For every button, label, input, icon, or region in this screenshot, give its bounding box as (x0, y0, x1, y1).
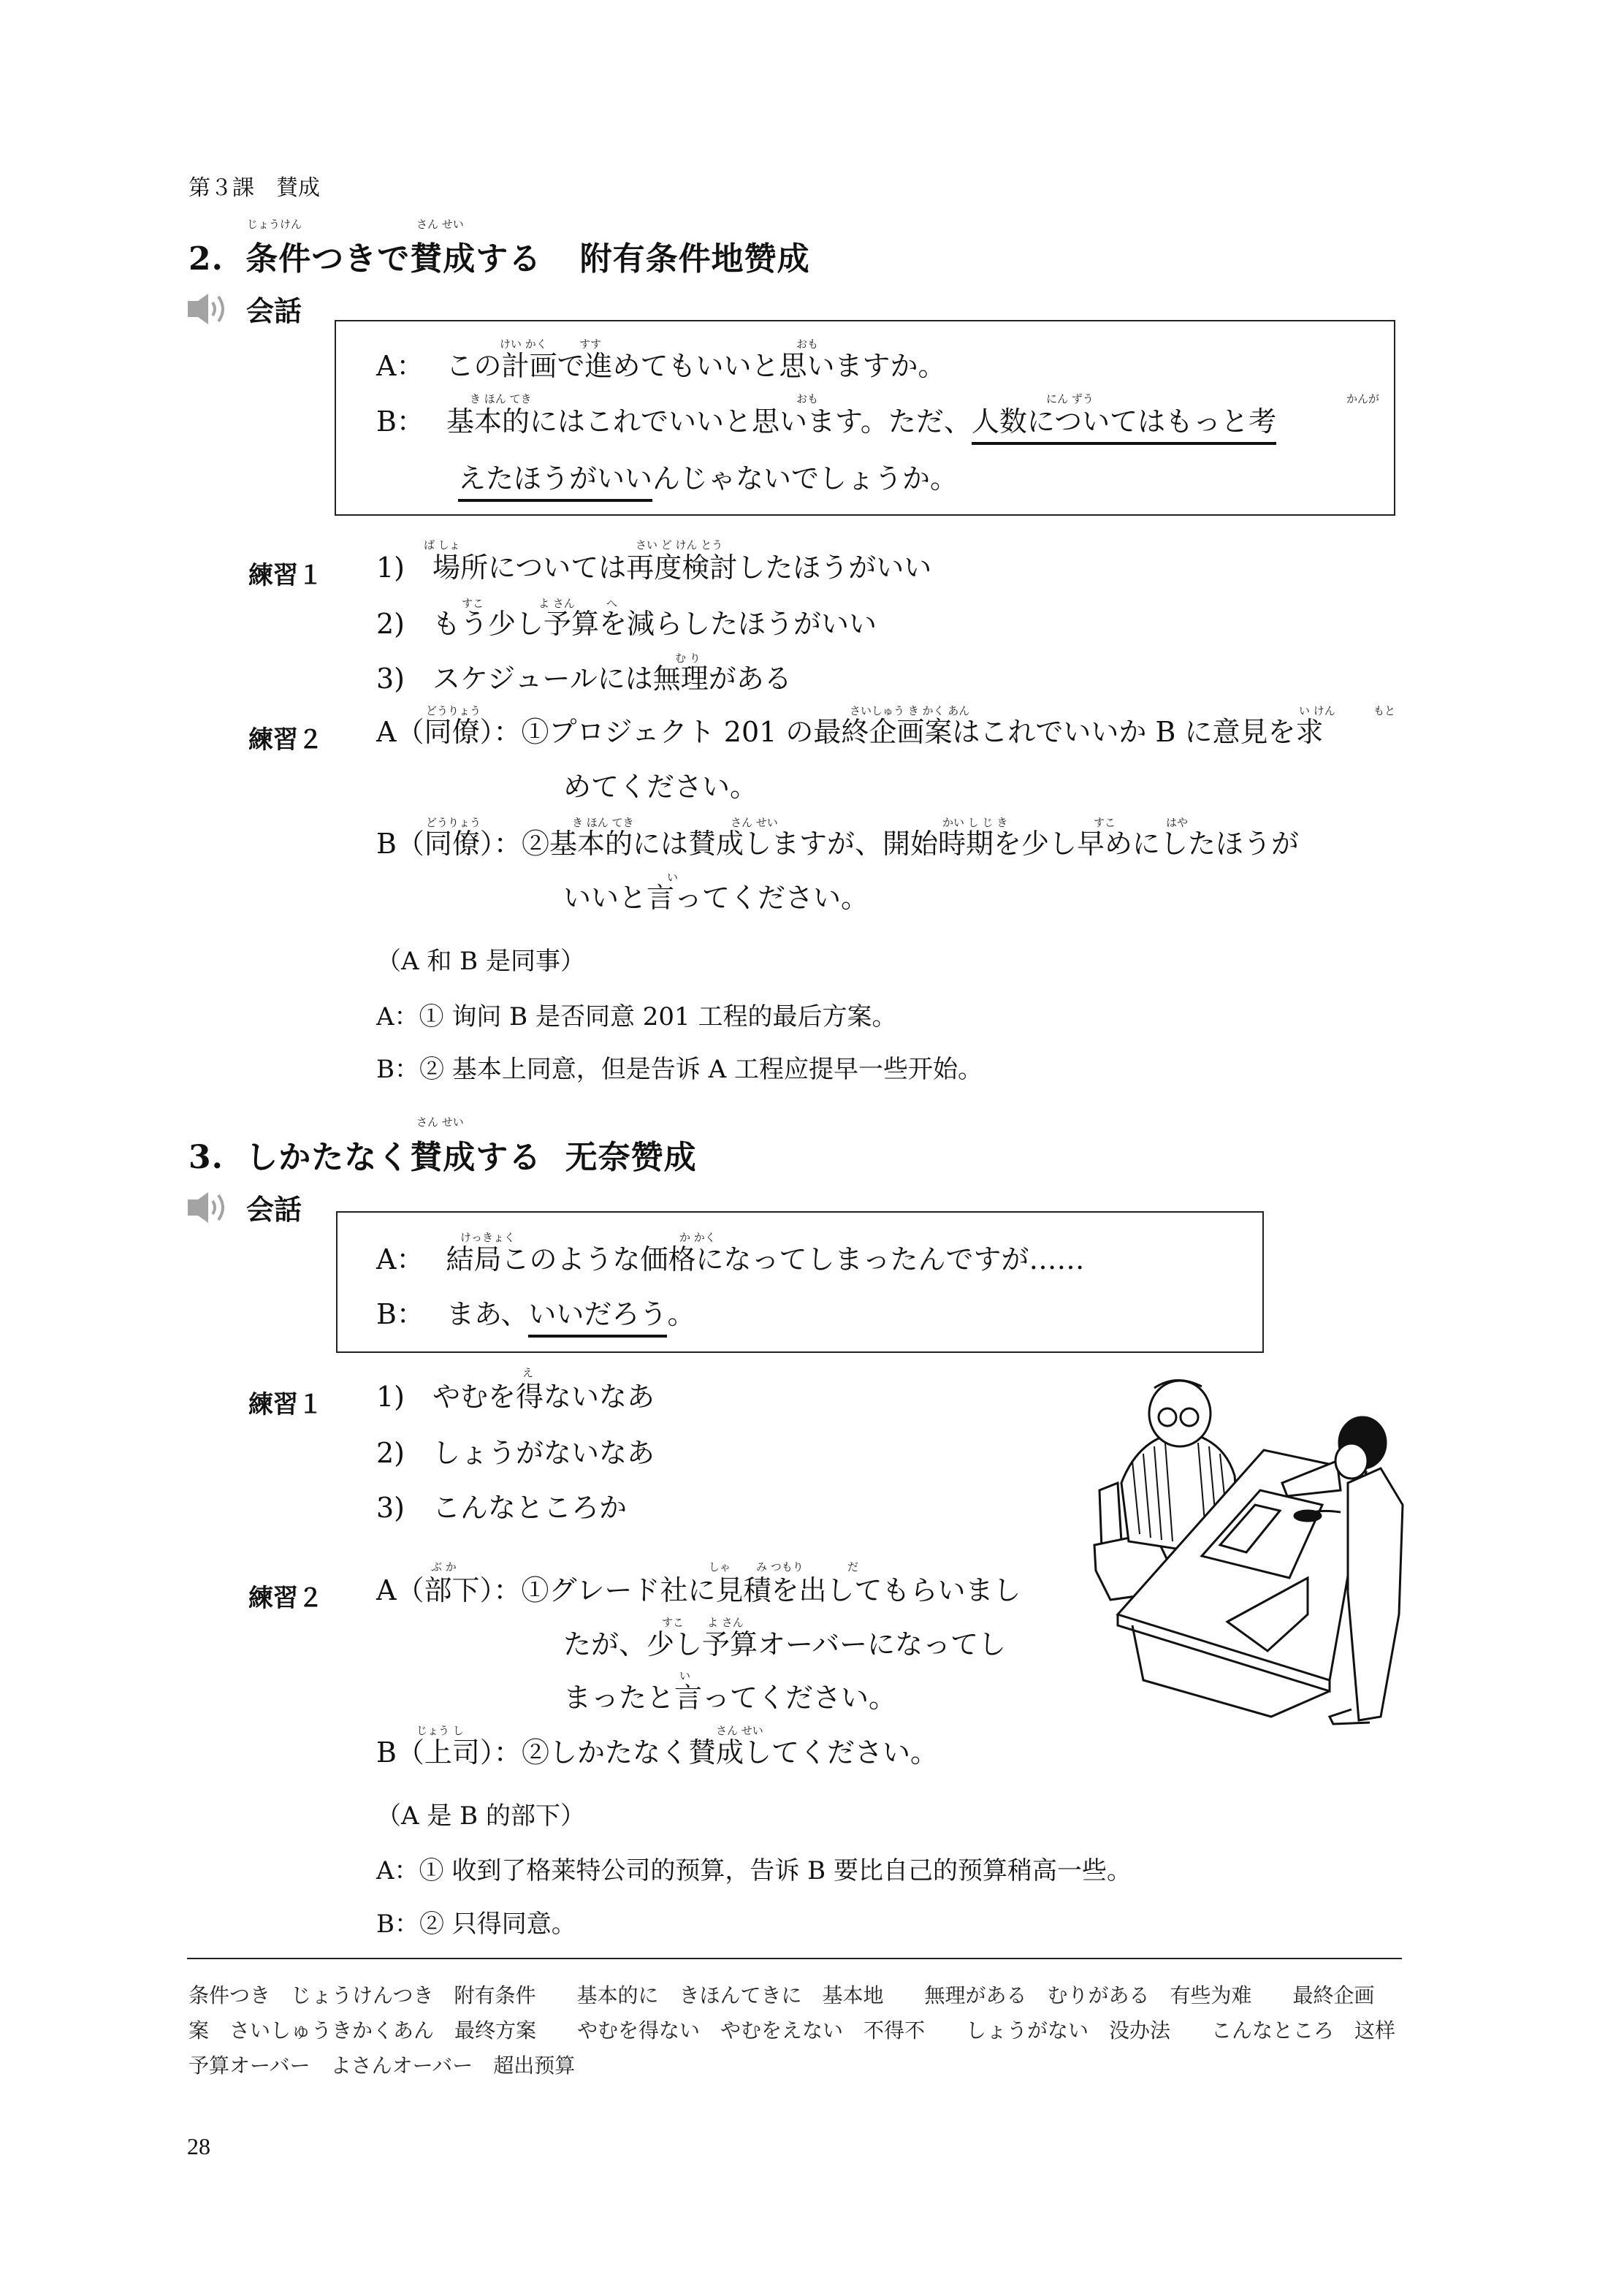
ruby-mitsumori: み つもり (756, 1559, 804, 1574)
vocab-line-3: 予算オーバー よさんオーバー 超出预算 (188, 2056, 575, 2076)
ruby-saidokento: さい ど けん とう (636, 537, 723, 552)
ruby-sansei: さん せい (416, 216, 464, 232)
dialog-b-text: まあ、 (446, 1298, 528, 1330)
practice-1-item-2: 2) もう少し予算を減らしたほうがいい (376, 610, 877, 638)
kaiwa-label: 会話 (246, 1187, 302, 1227)
underlined-phrase: 人数についてはもっと考 (972, 405, 1276, 445)
role-b: B（同僚）： (376, 828, 522, 860)
ruby-kihonteki: き ほん てき (470, 391, 532, 406)
practice-1-item-1: 1) 場所については再度検討したほうがいい (376, 554, 931, 581)
vocab-line-1: 条件つき じょうけんつき 附有条件 基本的に きほんてきに 基本地 無理がある … (188, 1986, 1374, 2006)
dialog-2-a: A：結局このような価格になってしまったんですが…… (376, 1246, 1084, 1273)
ruby-kanga: かんが (1346, 391, 1379, 406)
ruby-e: え (522, 1365, 533, 1380)
kaiwa-label: 会話 (246, 289, 302, 329)
ruby-basho: ば しょ (424, 537, 460, 552)
section-title-ja: しかたなく賛成する (245, 1139, 541, 1176)
dialog-1-b-cont: えたほうがいいんじゃないでしょうか。 (458, 465, 958, 492)
ruby-keikaku: けい かく (500, 336, 547, 351)
speaker-b-label: B： (376, 1298, 424, 1330)
section-3-title: 3. しかたなく賛成する 无奈赞成 (188, 1131, 697, 1178)
practice-2-a-text: ①プロジェクト 201 の最終企画案はこれでいいか B に意見を求 (521, 716, 1323, 748)
practice-2-a: A（部下）：①グレード社に見積を出してもらいまし (376, 1576, 1021, 1604)
role-a: A（同僚）： (376, 716, 521, 748)
ruby-sansei-3: さん せい (416, 1114, 464, 1129)
speaker-b-label: B： (376, 405, 424, 438)
practice-2-a-text: ①グレード社に見積を出してもらいまし (521, 1574, 1021, 1606)
footer-divider (187, 1958, 1402, 1959)
section-number: 3. (188, 1139, 224, 1176)
dialog-b-rest: 。 (667, 1298, 695, 1330)
section-2-title: 2. 条件つきで賛成する 附有条件地赞成 (188, 232, 810, 279)
practice-2-a: A（同僚）：①プロジェクト 201 の最終企画案はこれでいいか B に意見を求 (376, 718, 1323, 746)
dialog-1-a: A：この計画で進めてもいいと思いますか。 (376, 352, 945, 380)
practice-1-label: 練習１ (248, 555, 323, 591)
section-number: 2. (188, 240, 224, 278)
practice-1-item-1: 1) やむを得ないなあ (376, 1383, 655, 1411)
ruby-i-2: い (679, 1668, 690, 1683)
section-title-zh: 无奈赞成 (565, 1139, 697, 1176)
lesson-header: 第３課 賛成 (188, 169, 320, 202)
ruby-omo: おも (796, 336, 818, 351)
ruby-yosan-2: よ さん (707, 1614, 744, 1630)
ruby-joshi: じょう し (416, 1723, 464, 1738)
practice-2-b-text: ②しかたなく賛成してください。 (522, 1736, 938, 1769)
practice-2-a-cont: めてください。 (563, 773, 758, 801)
practice-2-b-text: ②基本的には賛成しますが、開始時期を少し早めにしたほうが (522, 828, 1299, 860)
ruby-susu: すす (579, 336, 601, 351)
kaiwa-header: 会話 (186, 289, 302, 329)
ruby-da: だ (847, 1559, 858, 1574)
dialog-a-text: 結局このような価格になってしまったんですが…… (446, 1243, 1084, 1275)
speaker-audio-icon[interactable] (186, 291, 230, 327)
underlined-phrase-cont: えたほうがいい (458, 462, 652, 502)
section-title-zh: 附有条件地赞成 (580, 240, 810, 278)
page-number: 28 (187, 2133, 210, 2160)
ruby-kakaku: か かく (679, 1229, 716, 1245)
practice-2-label: 練習２ (248, 720, 323, 755)
relationship-note: （A 是 B 的部下） (376, 1796, 585, 1831)
role-a: A（部下）： (376, 1574, 521, 1606)
dialog-b-rest: んじゃないでしょうか。 (652, 462, 958, 495)
dialog-b-text: 基本的にはこれでいいと思います。ただ、 (446, 405, 972, 438)
practice-2-b: B（同僚）：②基本的には賛成しますが、開始時期を少し早めにしたほうが (376, 830, 1299, 858)
dialog-2-b: B：まあ、いいだろう。 (376, 1300, 695, 1328)
ruby-sansei-4: さん せい (716, 1723, 763, 1738)
ruby-moto: もと (1373, 703, 1395, 718)
practice-2-label: 練習２ (248, 1578, 323, 1614)
practice-2-a-cont-2: まったと言ってください。 (563, 1684, 896, 1712)
practice-1-item-3: 3) スケジュールには無理がある (376, 665, 792, 693)
ruby-suko-3: すこ (662, 1614, 684, 1630)
practice-1-item-2: 2) しょうがないなあ (376, 1439, 655, 1467)
zh-instruction-a: A：① 收到了格莱特公司的预算，告诉 B 要比自己的预算稍高一些。 (376, 1850, 1132, 1886)
ruby-ninzu: にん ずう (1046, 391, 1094, 406)
practice-2-b-cont: いいと言ってください。 (563, 884, 869, 912)
speaker-a-label: A： (376, 1243, 424, 1275)
ruby-kekkyoku: けっきょく (460, 1229, 515, 1245)
role-b: B（上司）： (376, 1736, 522, 1769)
practice-2-b: B（上司）：②しかたなく賛成してください。 (376, 1739, 938, 1766)
practice-1-label: 練習１ (248, 1384, 323, 1420)
zh-instruction-b: B：② 只得同意。 (376, 1904, 576, 1940)
speaker-audio-icon[interactable] (186, 1189, 230, 1226)
zh-instruction-b: B：② 基本上同意，但是告诉 A 工程应提早一些开始。 (376, 1049, 983, 1085)
practice-2-a-cont-1: たが、少し予算オーバーになってし (563, 1630, 1006, 1658)
underlined-phrase: いいだろう (528, 1298, 667, 1338)
section-title-ja: 条件つきで賛成する (245, 240, 541, 278)
dialog-a-text: この計画で進めてもいいと思いますか。 (446, 350, 945, 382)
ruby-joken: じょうけん (247, 216, 302, 232)
dialog-1-b: B：基本的にはこれでいいと思います。ただ、人数についてはもっと考 (376, 408, 1276, 435)
ruby-buka: ぶ か (431, 1559, 457, 1574)
office-illustration (1089, 1373, 1432, 1731)
relationship-note: （A 和 B 是同事） (376, 941, 585, 977)
vocab-line-2: 案 さいしゅうきかくあん 最终方案 やむを得ない やむをえない 不得不 しょうが… (188, 2021, 1395, 2041)
zh-instruction-a: A：① 询问 B 是否同意 201 工程的最后方案。 (376, 996, 896, 1032)
ruby-sha: しゃ (709, 1559, 731, 1574)
practice-1-item-3: 3) こんなところか (376, 1494, 627, 1522)
ruby-omo-2: おも (796, 391, 818, 406)
speaker-a-label: A： (376, 350, 424, 382)
kaiwa-header-2: 会話 (186, 1187, 302, 1227)
